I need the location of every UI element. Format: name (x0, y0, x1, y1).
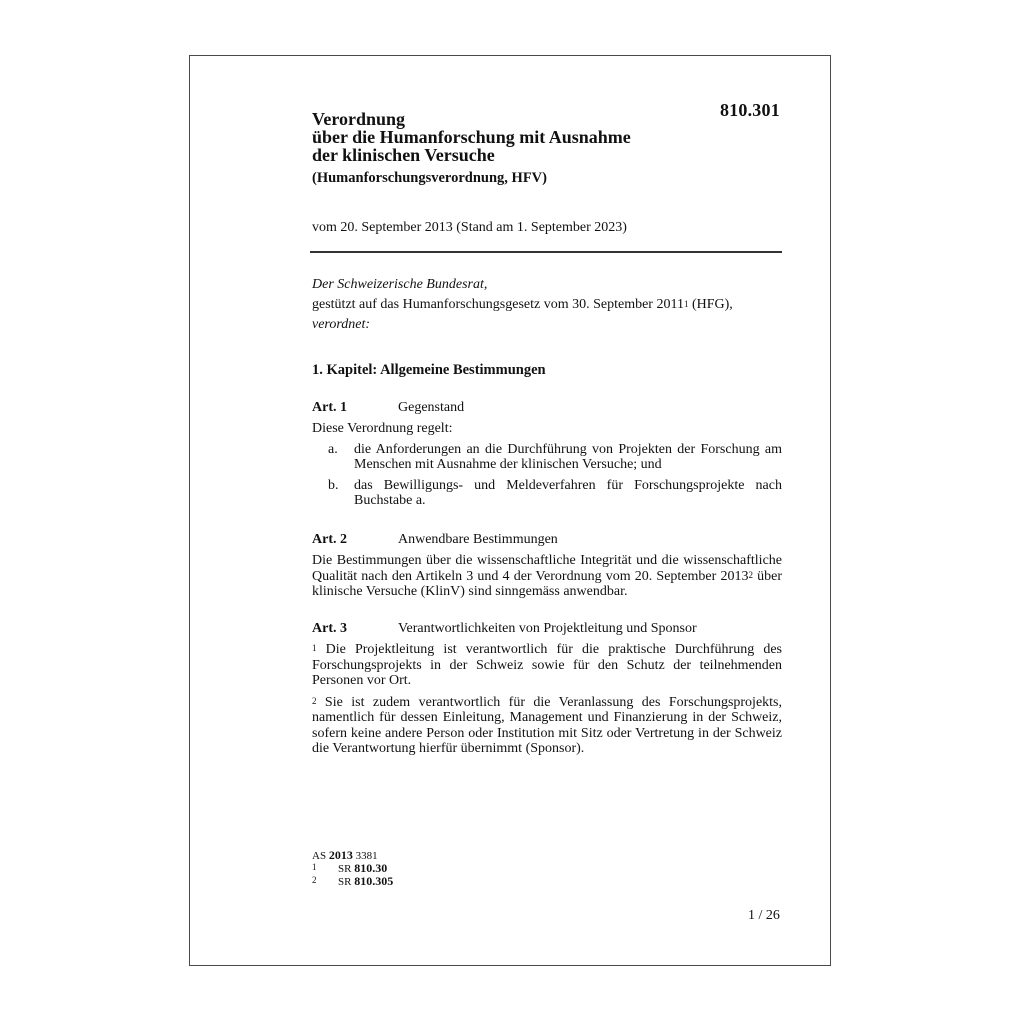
paragraph-number: 1 (312, 643, 317, 653)
footnote-text: SR 810.305 (338, 875, 393, 888)
article-heading: Art. 2 Anwendbare Bestimmungen (312, 531, 782, 549)
preamble-basis-suffix: (HFG), (688, 297, 732, 312)
preamble-basis-text: gestützt auf das Humanforschungsgesetz v… (312, 297, 684, 312)
article-number: Art. 1 (312, 399, 398, 417)
preamble-basis: gestützt auf das Humanforschungsgesetz v… (312, 295, 782, 315)
article-title: Gegenstand (398, 399, 782, 417)
paragraph: 1 Die Projektleitung ist verantwortlich … (312, 642, 782, 689)
list-item: b. das Bewilligungs- und Meldeverfahren … (312, 478, 782, 509)
article-3: Art. 3 Verantwortlichkeiten von Projektl… (312, 620, 782, 757)
article-title: Verantwortlichkeiten von Projektleitung … (398, 620, 782, 638)
article-heading: Art. 3 Verantwortlichkeiten von Projektl… (312, 620, 782, 638)
article-title: Anwendbare Bestimmungen (398, 531, 782, 549)
list-marker: a. (312, 442, 354, 473)
article-heading: Art. 1 Gegenstand (312, 399, 782, 417)
article-1: Art. 1 Gegenstand Diese Verordnung regel… (312, 399, 782, 509)
page-number: 1 / 26 (748, 908, 780, 924)
title-line: der klinischen Versuche (312, 146, 732, 164)
paragraph-text: Sie ist zudem verantwortlich für die Ver… (312, 695, 782, 757)
article-number: Art. 3 (312, 620, 398, 638)
article-2: Art. 2 Anwendbare Bestimmungen Die Besti… (312, 531, 782, 600)
title-line: über die Humanforschung mit Ausnahme (312, 128, 732, 146)
list-marker: b. (312, 478, 354, 509)
footnote-ref-1[interactable]: 1 (684, 299, 689, 309)
paragraph-text: Die Projektleitung ist verantwortlich fü… (312, 642, 782, 688)
footnote: 2 SR 810.305 (312, 875, 393, 888)
article-body-text: Die Bestimmungen über die wissenschaftli… (312, 553, 782, 584)
list-text: das Bewilligungs- und Meldeverfahren für… (354, 478, 782, 509)
preamble: Der Schweizerische Bundesrat, gestützt a… (312, 275, 782, 335)
article-body: Die Bestimmungen über die wissenschaftli… (312, 553, 782, 600)
footnote-prefix: SR (338, 876, 354, 888)
title-line: Verordnung (312, 110, 732, 128)
preamble-decree: verordnet: (312, 315, 782, 335)
document-title: Verordnung über die Humanforschung mit A… (312, 110, 732, 187)
article-body: 1 Die Projektleitung ist verantwortlich … (312, 642, 782, 757)
document-page (189, 55, 831, 966)
footnote-prefix: SR (338, 863, 354, 875)
footnote-ref-2[interactable]: 2 (748, 570, 753, 580)
list-item: a. die Anforderungen an die Durchführung… (312, 442, 782, 473)
article-intro: Diese Verordnung regelt: (312, 421, 782, 437)
preamble-authority: Der Schweizerische Bundesrat, (312, 275, 782, 295)
footnote-number: 2 (312, 874, 338, 887)
paragraph: 2 Sie ist zudem verantwortlich für die V… (312, 695, 782, 757)
list-text: die Anforderungen an die Durchführung vo… (354, 442, 782, 473)
chapter-heading: 1. Kapitel: Allgemeine Bestimmungen (312, 362, 546, 379)
header-divider (310, 251, 782, 253)
document-subtitle: (Humanforschungsverordnung, HFV) (312, 170, 732, 187)
footnote-link[interactable]: 810.305 (354, 874, 393, 888)
footnote-number: 1 (312, 861, 338, 874)
source-year: 2013 (329, 848, 353, 862)
footnotes: AS 2013 3381 1 SR 810.30 2 SR 810.305 (312, 849, 393, 888)
article-number: Art. 2 (312, 531, 398, 549)
paragraph-number: 2 (312, 696, 317, 706)
date-line: vom 20. September 2013 (Stand am 1. Sept… (312, 220, 627, 236)
footnote-link[interactable]: 810.30 (354, 861, 387, 875)
